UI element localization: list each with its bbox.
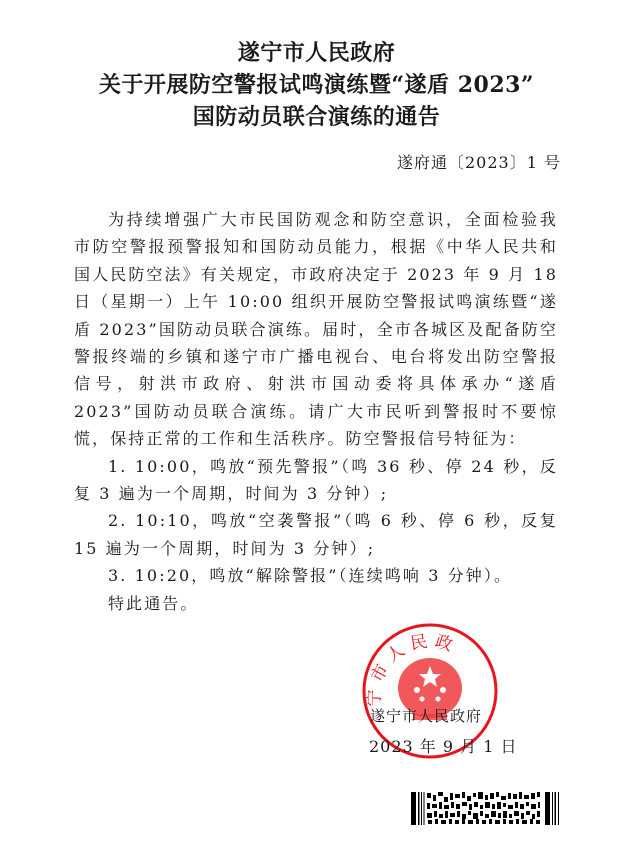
issuer-header: 遂宁市人民政府 <box>0 37 633 69</box>
signer-name: 遂宁市人民政府 <box>370 705 482 726</box>
signal-item-3: 3. 10:20，鸣放“解除警报”（连续鸣响 3 分钟）。 <box>74 562 558 589</box>
document-number: 遂府通〔2023〕1 号 <box>397 150 561 173</box>
intro-paragraph: 为持续增强广大市民国防观念和防空意识，全面检验我市防空警报预警报知和国防动员能力… <box>74 206 558 453</box>
signal-item-1: 1. 10:00，鸣放“预先警报”（鸣 36 秒、停 24 秒，反复 3 遍为一… <box>74 453 558 508</box>
closing-line: 特此通告。 <box>74 590 558 617</box>
title-line-2: 关于开展防空警报试鸣演练暨“遂盾 2023” <box>0 69 633 101</box>
document-body: 为持续增强广大市民国防观念和防空意识，全面检验我市防空警报预警报知和国防动员能力… <box>74 206 558 617</box>
pdf417-barcode-icon <box>411 792 562 825</box>
signal-item-2: 2. 10:10，鸣放“空袭警报”（鸣 6 秒、停 6 秒，反复 15 遍为一个… <box>74 507 558 562</box>
issue-date: 2023 年 9 月 1 日 <box>369 734 518 757</box>
title-line-3: 国防动员联合演练的通告 <box>0 101 633 133</box>
